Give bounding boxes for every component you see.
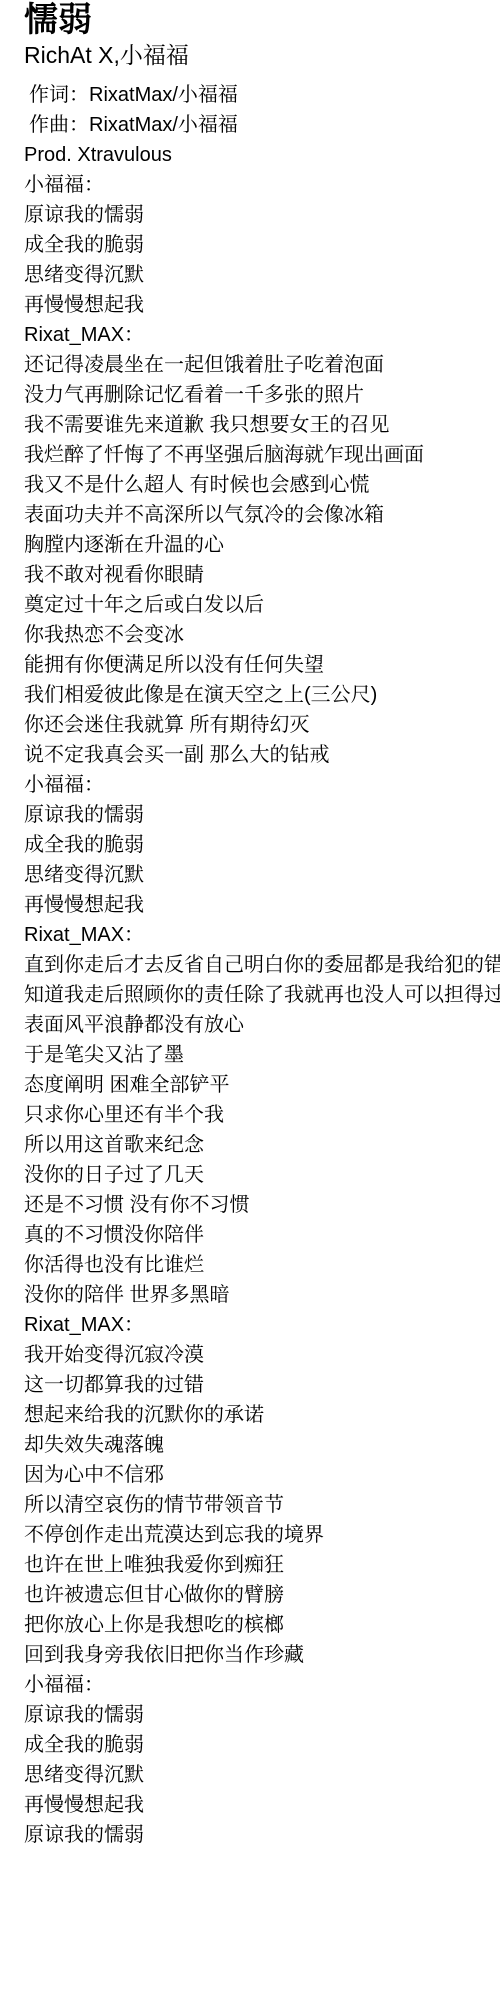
lyric-line: 也许在世上唯独我爱你到痴狂: [24, 1550, 500, 1580]
lyrics-body: 作词：RixatMax/小福福作曲：RixatMax/小福福Prod. Xtra…: [24, 80, 500, 1850]
credit-line: Prod. Xtravulous: [24, 140, 500, 170]
lyric-line: 没你的日子过了几天: [24, 1160, 500, 1190]
lyric-line: 思绪变得沉默: [24, 260, 500, 290]
lyric-line: 成全我的脆弱: [24, 830, 500, 860]
lyric-line: 没力气再删除记忆看着一千多张的照片: [24, 380, 500, 410]
speaker-label: 小福福：: [24, 170, 500, 200]
lyric-line: 我不需要谁先来道歉 我只想要女王的召见: [24, 410, 500, 440]
lyric-line: 再慢慢想起我: [24, 890, 500, 920]
lyric-line: 直到你走后才去反省自己明白你的委屈都是我给犯的错: [24, 950, 500, 980]
speaker-label: Rixat_MAX：: [24, 920, 500, 950]
lyric-line: 我开始变得沉寂冷漠: [24, 1340, 500, 1370]
song-title: 懦弱: [24, 2, 500, 38]
speaker-label: 小福福：: [24, 1670, 500, 1700]
lyric-line: 胸膛内逐渐在升温的心: [24, 530, 500, 560]
lyric-line: 表面功夫并不高深所以气氛冷的会像冰箱: [24, 500, 500, 530]
lyric-line: 思绪变得沉默: [24, 1760, 500, 1790]
lyric-line: 成全我的脆弱: [24, 230, 500, 260]
lyric-line: 原谅我的懦弱: [24, 1820, 500, 1850]
lyric-line: 真的不习惯没你陪伴: [24, 1220, 500, 1250]
lyric-line: 原谅我的懦弱: [24, 800, 500, 830]
lyric-line: 把你放心上你是我想吃的槟榔: [24, 1610, 500, 1640]
speaker-label: 小福福：: [24, 770, 500, 800]
lyric-line: 所以清空哀伤的情节带领音节: [24, 1490, 500, 1520]
lyric-line: 于是笔尖又沾了墨: [24, 1040, 500, 1070]
lyric-line: 我们相爱彼此像是在演天空之上(三公尺): [24, 680, 500, 710]
lyric-line: 原谅我的懦弱: [24, 200, 500, 230]
speaker-label: Rixat_MAX：: [24, 320, 500, 350]
speaker-label: Rixat_MAX：: [24, 1310, 500, 1340]
lyric-line: 还是不习惯 没有你不习惯: [24, 1190, 500, 1220]
lyric-line: 成全我的脆弱: [24, 1730, 500, 1760]
lyric-line: 能拥有你便满足所以没有任何失望: [24, 650, 500, 680]
lyric-line: 没你的陪伴 世界多黑暗: [24, 1280, 500, 1310]
lyric-line: 却失效失魂落魄: [24, 1430, 500, 1460]
lyric-line: 我不敢对视看你眼睛: [24, 560, 500, 590]
lyric-line: 这一切都算我的过错: [24, 1370, 500, 1400]
lyric-line: 再慢慢想起我: [24, 1790, 500, 1820]
artist-line: RichAt X,小福福: [24, 38, 500, 72]
credit-line: 作曲：RixatMax/小福福: [24, 110, 500, 140]
lyric-line: 说不定我真会买一副 那么大的钻戒: [24, 740, 500, 770]
lyric-line: 思绪变得沉默: [24, 860, 500, 890]
lyrics-page: 懦弱 RichAt X,小福福 作词：RixatMax/小福福作曲：RixatM…: [0, 0, 500, 1850]
lyric-line: 你还会迷住我就算 所有期待幻灭: [24, 710, 500, 740]
lyric-line: 因为心中不信邪: [24, 1460, 500, 1490]
lyric-line: 也许被遗忘但甘心做你的臂膀: [24, 1580, 500, 1610]
lyric-line: 想起来给我的沉默你的承诺: [24, 1400, 500, 1430]
lyric-line: 我又不是什么超人 有时候也会感到心慌: [24, 470, 500, 500]
lyric-line: 所以用这首歌来纪念: [24, 1130, 500, 1160]
lyric-line: 还记得凌晨坐在一起但饿着肚子吃着泡面: [24, 350, 500, 380]
lyric-line: 奠定过十年之后或白发以后: [24, 590, 500, 620]
lyric-line: 知道我走后照顾你的责任除了我就再也没人可以担得过: [24, 980, 500, 1010]
lyric-line: 态度阐明 困难全部铲平: [24, 1070, 500, 1100]
lyric-line: 我烂醉了忏悔了不再坚强后脑海就乍现出画面: [24, 440, 500, 470]
lyric-line: 不停创作走出荒漠达到忘我的境界: [24, 1520, 500, 1550]
lyric-line: 你我热恋不会变冰: [24, 620, 500, 650]
lyric-line: 原谅我的懦弱: [24, 1700, 500, 1730]
lyric-line: 回到我身旁我依旧把你当作珍藏: [24, 1640, 500, 1670]
credit-line: 作词：RixatMax/小福福: [24, 80, 500, 110]
lyric-line: 表面风平浪静都没有放心: [24, 1010, 500, 1040]
lyric-line: 只求你心里还有半个我: [24, 1100, 500, 1130]
lyric-line: 你活得也没有比谁烂: [24, 1250, 500, 1280]
lyric-line: 再慢慢想起我: [24, 290, 500, 320]
